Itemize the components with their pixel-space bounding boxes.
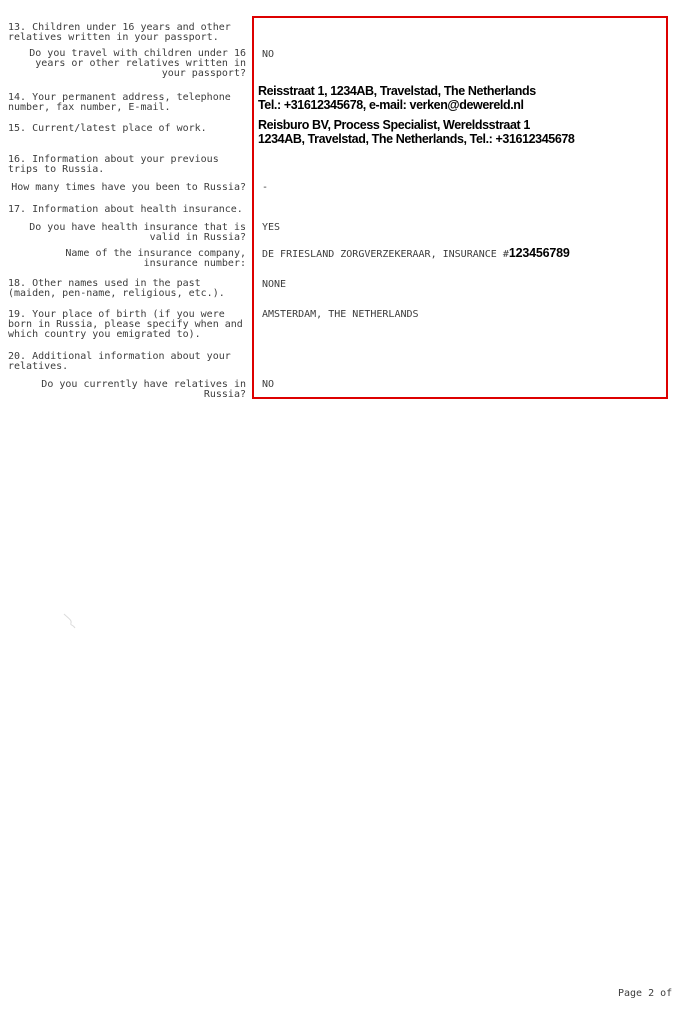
question-17-sub-insurance-name: Name of the insurance company, insurance… bbox=[0, 249, 246, 269]
question-16-sub: How many times have you been to Russia? bbox=[0, 183, 246, 193]
question-16-label: 16. Information about your previous trip… bbox=[8, 155, 248, 175]
question-17-label: 17. Information about health insurance. bbox=[8, 205, 248, 215]
answer-17-insurance-number: 123456789 bbox=[509, 246, 570, 260]
answer-17-insurance-valid: YES bbox=[262, 223, 662, 233]
question-19-label: 19. Your place of birth (if you were bor… bbox=[8, 310, 248, 340]
form-page: 13. Children under 16 years and other re… bbox=[0, 0, 681, 1024]
question-13-label: 13. Children under 16 years and other re… bbox=[8, 23, 248, 43]
answers-box bbox=[252, 16, 668, 399]
answer-13: NO bbox=[262, 50, 662, 60]
question-13-sub: Do you travel with children under 16 yea… bbox=[0, 49, 246, 79]
answer-16: - bbox=[262, 183, 662, 193]
scan-smudge bbox=[58, 610, 88, 636]
answer-17-company-text: DE FRIESLAND ZORGVERZEKERAAR, INSURANCE … bbox=[262, 249, 509, 260]
answer-20: NO bbox=[262, 380, 662, 390]
answer-19: AMSTERDAM, THE NETHERLANDS bbox=[262, 310, 662, 320]
answer-15: Reisburo BV, Process Specialist, Werelds… bbox=[258, 118, 664, 146]
question-20-label: 20. Additional information about your re… bbox=[8, 352, 248, 372]
answer-14: Reisstraat 1, 1234AB, Travelstad, The Ne… bbox=[258, 84, 664, 112]
question-18-label: 18. Other names used in the past (maiden… bbox=[8, 279, 248, 299]
question-15-label: 15. Current/latest place of work. bbox=[8, 124, 248, 134]
question-20-sub: Do you currently have relatives in Russi… bbox=[0, 380, 246, 400]
question-17-sub-insurance-valid: Do you have health insurance that is val… bbox=[0, 223, 246, 243]
page-number: Page 2 of bbox=[618, 989, 672, 999]
answer-18: NONE bbox=[262, 280, 662, 290]
answer-17-insurance-name: DE FRIESLAND ZORGVERZEKERAAR, INSURANCE … bbox=[262, 246, 570, 262]
question-14-label: 14. Your permanent address, telephone nu… bbox=[8, 93, 248, 113]
